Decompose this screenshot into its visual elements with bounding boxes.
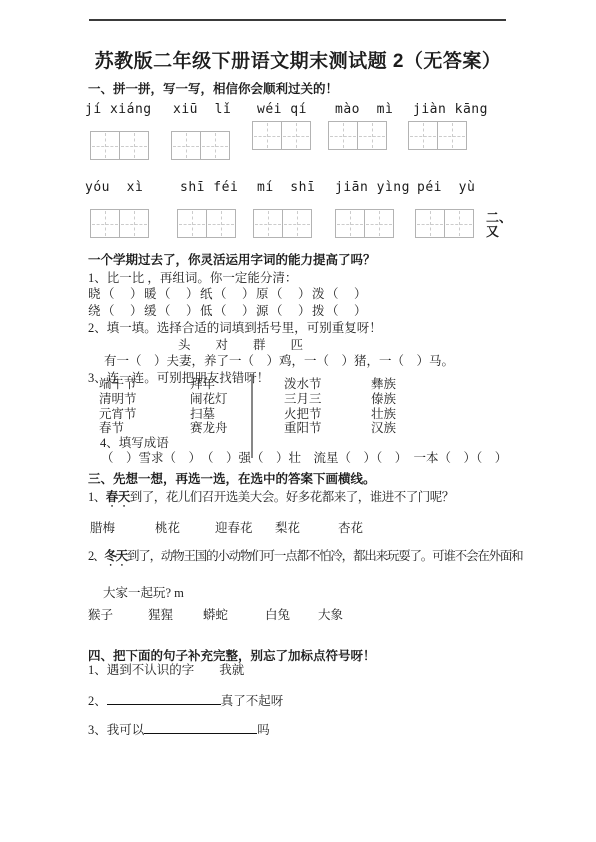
q2-4-idiom-line: （ ）雪求（ ） （ ）强（ ）壮 流星（ ）（ ） 一本（ ）（ ） — [101, 451, 507, 466]
writing-grid[interactable] — [415, 209, 474, 238]
match-item[interactable]: 重阳节 — [284, 421, 322, 435]
q3-2-text: 到了，动物王国的小动物们可一点都不怕冷，都出来玩耍了。可谁不会在外面和 — [127, 549, 523, 563]
match-item[interactable]: 扫墓 — [190, 407, 215, 421]
writing-grid[interactable] — [253, 209, 312, 238]
q3-1-emphasized-word: 春天 — [106, 490, 130, 504]
match-item[interactable]: 春节 — [99, 421, 124, 435]
match-item[interactable]: 火把节 — [284, 407, 322, 421]
match-item[interactable]: 汉族 — [371, 421, 396, 435]
q3-1-number: 1、 — [88, 490, 106, 504]
pinyin-label: jiān yìng — [335, 180, 410, 195]
q2-2-sentence: 有一（ ）夫妻，养了一（ ）鸡，一（ ）猪，一（ ）马。 — [104, 354, 454, 369]
q2-1-label: 1、比一比 ，再组词。你一定能分清： — [88, 271, 297, 286]
animal-option[interactable]: 猩猩 — [148, 608, 173, 623]
matching-column-ethnic-groups: 彝族傣族壮族汉族 — [371, 377, 396, 436]
match-item[interactable]: 壮族 — [371, 407, 396, 421]
pinyin-label: wéi qí — [257, 102, 307, 117]
section-2-number-wrapped: 二、又 — [486, 211, 512, 239]
answer-blank[interactable] — [107, 691, 221, 705]
flower-option[interactable]: 桃花 — [155, 521, 180, 536]
flower-option[interactable]: 腊梅 — [90, 521, 115, 536]
match-item[interactable]: 拜年 — [190, 377, 215, 391]
q3-2-emphasized-word: 冬天 — [104, 549, 127, 563]
writing-grid[interactable] — [408, 121, 467, 150]
writing-grid[interactable] — [335, 209, 394, 238]
writing-grid[interactable] — [328, 121, 387, 150]
section-2-number-line2: 又 — [486, 224, 499, 239]
section-3-heading: 三、先想一想，再选一选，在选中的答案下画横线。 — [88, 469, 376, 487]
match-item[interactable]: 三月三 — [284, 392, 322, 406]
section-2-heading: 一个学期过去了，你灵活运用字词的能力提高了吗？ — [88, 250, 376, 268]
match-item[interactable]: 傣族 — [371, 392, 396, 406]
pinyin-label: jiàn kāng — [413, 102, 488, 117]
match-item[interactable]: 清明节 — [99, 392, 137, 406]
animal-option[interactable]: 猴子 — [88, 608, 113, 623]
q4-1-sentence: 1、遇到不认识的字 我就 — [88, 663, 244, 678]
writing-grid[interactable] — [177, 209, 236, 238]
test-paper-page: 苏教版二年级下册语文期末测试题 2（无答案） 一、拼一拼，写一写，相信你会顺利过… — [0, 0, 596, 842]
pinyin-label: yóu xì — [85, 180, 143, 195]
flower-option[interactable]: 杏花 — [338, 521, 363, 536]
matching-column-festivals-left: 端午节清明节元宵节春节 — [99, 377, 137, 436]
pinyin-label: mào mì — [335, 102, 393, 117]
flower-option[interactable]: 梨花 — [275, 521, 300, 536]
match-item[interactable]: 端午节 — [99, 377, 137, 391]
matching-column-festivals-right: 泼水节三月三火把节重阳节 — [284, 377, 322, 436]
q2-1-line2: 绕（ ）缓（ ）低（ ）源（ ）拨（ ） — [88, 304, 368, 319]
q4-2-suffix: 真了不起呀 — [221, 694, 284, 708]
match-item[interactable]: 元宵节 — [99, 407, 137, 421]
q4-2-number: 2、 — [88, 694, 107, 708]
section-4-heading: 四、把下面的句子补充完整，别忘了加标点符号呀！ — [88, 646, 376, 664]
section-1-heading: 一、拼一拼，写一写，相信你会顺利过关的！ — [88, 79, 338, 97]
matching-column-customs: 拜年闹花灯扫墓赛龙舟 — [190, 377, 228, 436]
q3-2-sentence: 2、冬天到了，动物王国的小动物们可一点都不怕冷，都出来玩耍了。可谁不会在外面和 — [88, 549, 522, 569]
header-rule — [89, 19, 506, 21]
q3-1-text: 到了，花儿们召开选美大会。好多花都来了，谁进不了门呢？ — [130, 490, 454, 504]
animal-option[interactable]: 大象 — [318, 608, 343, 623]
pinyin-label: mí shī — [257, 180, 315, 195]
writing-grid[interactable] — [90, 209, 149, 238]
q2-1-line1: 晓（ ）暖（ ）纸（ ）原（ ）泼（ ） — [88, 287, 368, 302]
q3-1-sentence: 1、春天到了，花儿们召开选美大会。好多花都来了，谁进不了门呢？ — [88, 490, 454, 510]
animal-option[interactable]: 白兔 — [265, 608, 290, 623]
section-2-number-line1: 二、 — [486, 210, 512, 225]
match-item[interactable]: 彝族 — [371, 377, 396, 391]
q4-3-sentence: 3、我可以吗 — [88, 720, 270, 738]
match-item[interactable]: 泼水节 — [284, 377, 322, 391]
match-item[interactable]: 赛龙舟 — [190, 421, 228, 435]
answer-blank[interactable] — [144, 720, 257, 734]
flower-option[interactable]: 迎春花 — [215, 521, 253, 536]
writing-grid[interactable] — [252, 121, 311, 150]
pinyin-label: jí xiáng — [85, 102, 152, 117]
q4-3-suffix: 吗 — [257, 723, 270, 737]
q3-2-number: 2、 — [88, 549, 104, 563]
writing-grid[interactable] — [171, 131, 230, 160]
q4-3-prefix: 3、我可以 — [88, 723, 144, 737]
q3-2-sentence-line2: 大家一起玩? m — [103, 586, 184, 601]
pinyin-label: xiū lǐ — [173, 102, 231, 117]
matching-divider-line — [251, 374, 253, 458]
q2-2-word-bank: 头 对 群 匹 — [178, 338, 303, 353]
page-title: 苏教版二年级下册语文期末测试题 2（无答案） — [0, 46, 596, 73]
q2-4-label: 4、填写成语 — [100, 436, 169, 451]
match-item[interactable]: 闹花灯 — [190, 392, 228, 406]
q2-2-label: 2、填一填。选择合适的词填到括号里，可别重复呀！ — [88, 321, 382, 336]
writing-grid[interactable] — [90, 131, 149, 160]
pinyin-label: péi yù — [417, 180, 475, 195]
animal-option[interactable]: 蟒蛇 — [203, 608, 228, 623]
q4-2-sentence: 2、真了不起呀 — [88, 691, 283, 709]
pinyin-label: shī féi — [180, 180, 238, 195]
